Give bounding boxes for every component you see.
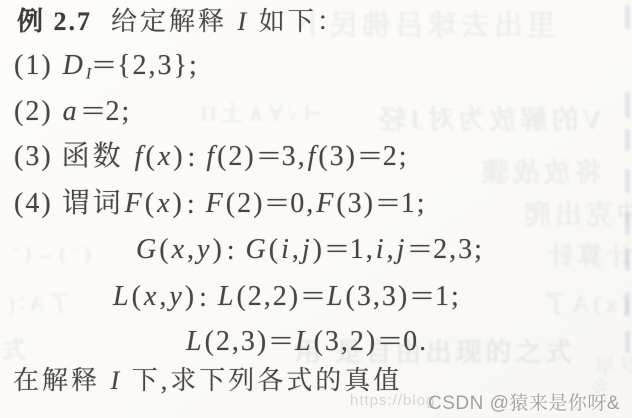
text-part: 2,3; xyxy=(433,234,484,265)
text-part: 2; xyxy=(383,141,409,172)
text-part: a xyxy=(62,96,80,127)
text-line-heading: 例 2.7 给定解释 I 如下： xyxy=(17,7,346,37)
bleedthrough-ghost-text: V的解放为对J轻 xyxy=(375,98,602,137)
text-part: ) xyxy=(313,234,324,265)
text-part: ( xyxy=(269,234,280,265)
text-part: F xyxy=(124,188,145,219)
page-edge-artifact xyxy=(625,211,630,235)
text-part: I xyxy=(110,366,123,395)
text-part: (2) xyxy=(217,141,256,172)
text-part: I xyxy=(86,65,91,83)
bleedthrough-ghost-text: 将放战骤 xyxy=(478,151,602,190)
text-part: = xyxy=(379,326,402,358)
textbook-page: https://blog CSDN @猿来是你呀& 里出去球吕佛民卜⊣√∀∧土H… xyxy=(0,0,632,418)
text-part: = xyxy=(325,234,348,266)
text-part: 1; xyxy=(435,281,461,312)
bleedthrough-ghost-text: 式 xyxy=(2,330,30,365)
text-part: (4) xyxy=(14,188,62,219)
text-part: = xyxy=(411,281,434,313)
text-part: , xyxy=(387,234,396,265)
text-part: 3, xyxy=(282,141,307,172)
bleedthrough-ghost-text: ⊣√∀∧土H xyxy=(196,97,323,128)
text-part: ( xyxy=(132,281,143,312)
page-edge-artifact xyxy=(625,169,630,193)
text-part: ) xyxy=(212,234,223,265)
text-part: 下,求下列各式的真值 xyxy=(122,366,402,395)
text-part: j xyxy=(396,234,408,265)
bleedthrough-ghost-text: 计算针 xyxy=(543,236,632,273)
bleedthrough-ghost-text: (x)A了 xyxy=(540,284,629,319)
text-part: = xyxy=(266,188,289,220)
text-part: (2) xyxy=(14,96,62,127)
text-part: 例 2.7 xyxy=(17,7,92,36)
text-part: 1; xyxy=(401,188,427,219)
text-part: (3,2) xyxy=(314,326,378,357)
text-part: 如下： xyxy=(249,7,346,36)
page-edge-artifact xyxy=(625,129,630,151)
text-part: ) xyxy=(173,188,184,219)
text-part: G xyxy=(245,234,269,265)
page-edge-artifact xyxy=(625,292,630,316)
text-part: L xyxy=(112,281,132,312)
text-part: f xyxy=(134,141,146,172)
text-part: , xyxy=(159,281,168,312)
text-part: D xyxy=(62,50,86,81)
text-part: 1, xyxy=(350,234,375,265)
text-part: (1) xyxy=(14,50,62,81)
text-part: f xyxy=(205,141,217,172)
text-line-predicate-L2: L(2,3)=L(3,2)=0. xyxy=(185,326,428,358)
text-line-predicate-G: G(x,y):G(i,j)=1,i,j=2,3; xyxy=(135,234,484,266)
text-line-item-4: (4) 谓词F(x):F(2)=0,F(3)=1; xyxy=(14,188,427,220)
text-part: , xyxy=(292,234,301,265)
text-part: : xyxy=(187,189,197,221)
bleedthrough-ghost-text: 冲克出爬 xyxy=(520,193,632,232)
text-part: F xyxy=(315,188,336,219)
text-part: L xyxy=(294,326,314,357)
text-part: = xyxy=(257,141,280,173)
text-part: (2,2) xyxy=(236,281,300,312)
text-part: {2,3}; xyxy=(117,50,199,81)
text-part: : xyxy=(199,282,209,314)
text-part: ) xyxy=(173,141,184,172)
text-part: ) xyxy=(185,281,196,312)
text-part: 在解释 xyxy=(13,366,110,395)
text-part: (3) xyxy=(336,188,375,219)
text-part: x xyxy=(143,281,159,312)
text-part: = xyxy=(93,50,116,82)
text-part: y xyxy=(168,281,184,312)
text-part: = xyxy=(81,96,104,128)
text-part: G xyxy=(135,234,159,265)
text-part: L xyxy=(217,281,237,312)
text-part: 0. xyxy=(403,326,428,357)
text-part: ( xyxy=(145,141,156,172)
page-edge-artifact xyxy=(625,249,630,271)
text-part: F xyxy=(205,188,226,219)
text-part: (3,3) xyxy=(346,281,410,312)
text-part: 函数 xyxy=(62,141,134,172)
text-part: f xyxy=(307,141,319,172)
text-line-item-1: (1) DI={2,3}; xyxy=(14,50,199,83)
page-edge-artifact xyxy=(625,92,630,118)
text-part: = xyxy=(376,188,399,220)
text-part: y xyxy=(196,234,212,265)
text-line-predicate-L1: L(x,y):L(2,2)=L(3,3)=1; xyxy=(112,281,461,313)
text-part: x xyxy=(171,234,187,265)
text-part: 给定解释 xyxy=(92,7,237,36)
text-part: i xyxy=(375,234,387,265)
text-part: , xyxy=(187,234,196,265)
text-part: 谓词 xyxy=(62,188,124,219)
page-edge-artifact xyxy=(625,5,630,29)
text-part: (2,3) xyxy=(205,326,269,357)
text-line-item-2: (2) a=2; xyxy=(14,96,131,128)
page-edge-artifact xyxy=(625,331,630,353)
text-part: L xyxy=(185,326,205,357)
text-part: = xyxy=(270,326,293,358)
text-part: L xyxy=(326,281,346,312)
text-part: : xyxy=(227,235,237,267)
text-part: (3) xyxy=(14,141,62,172)
text-part: (3) xyxy=(318,141,357,172)
watermark-label: CSDN @猿来是你呀& xyxy=(428,388,620,415)
bleedthrough-ghost-text: 岁早 xyxy=(590,350,632,381)
text-line-closing: 在解释 I 下,求下列各式的真值 xyxy=(13,366,402,396)
text-part: x xyxy=(157,141,173,172)
text-part: ( xyxy=(159,234,170,265)
text-part: 2; xyxy=(105,96,131,127)
text-part: 0, xyxy=(290,188,315,219)
text-part: I xyxy=(237,7,250,36)
bleedthrough-ghost-text: (⁻)↔(⁻ xyxy=(6,241,91,266)
text-part: ( xyxy=(145,188,156,219)
text-part: = xyxy=(409,234,432,266)
text-part: = xyxy=(358,141,381,173)
text-part: x xyxy=(156,188,172,219)
text-part: (2) xyxy=(226,188,265,219)
text-part: = xyxy=(302,281,325,313)
bleedthrough-ghost-text: 了A∶( xyxy=(4,287,71,318)
text-line-item-3: (3) 函数 f(x):f(2)=3,f(3)=2; xyxy=(14,141,409,173)
text-part: i xyxy=(280,234,292,265)
text-part: : xyxy=(188,142,198,174)
text-part: j xyxy=(301,234,313,265)
